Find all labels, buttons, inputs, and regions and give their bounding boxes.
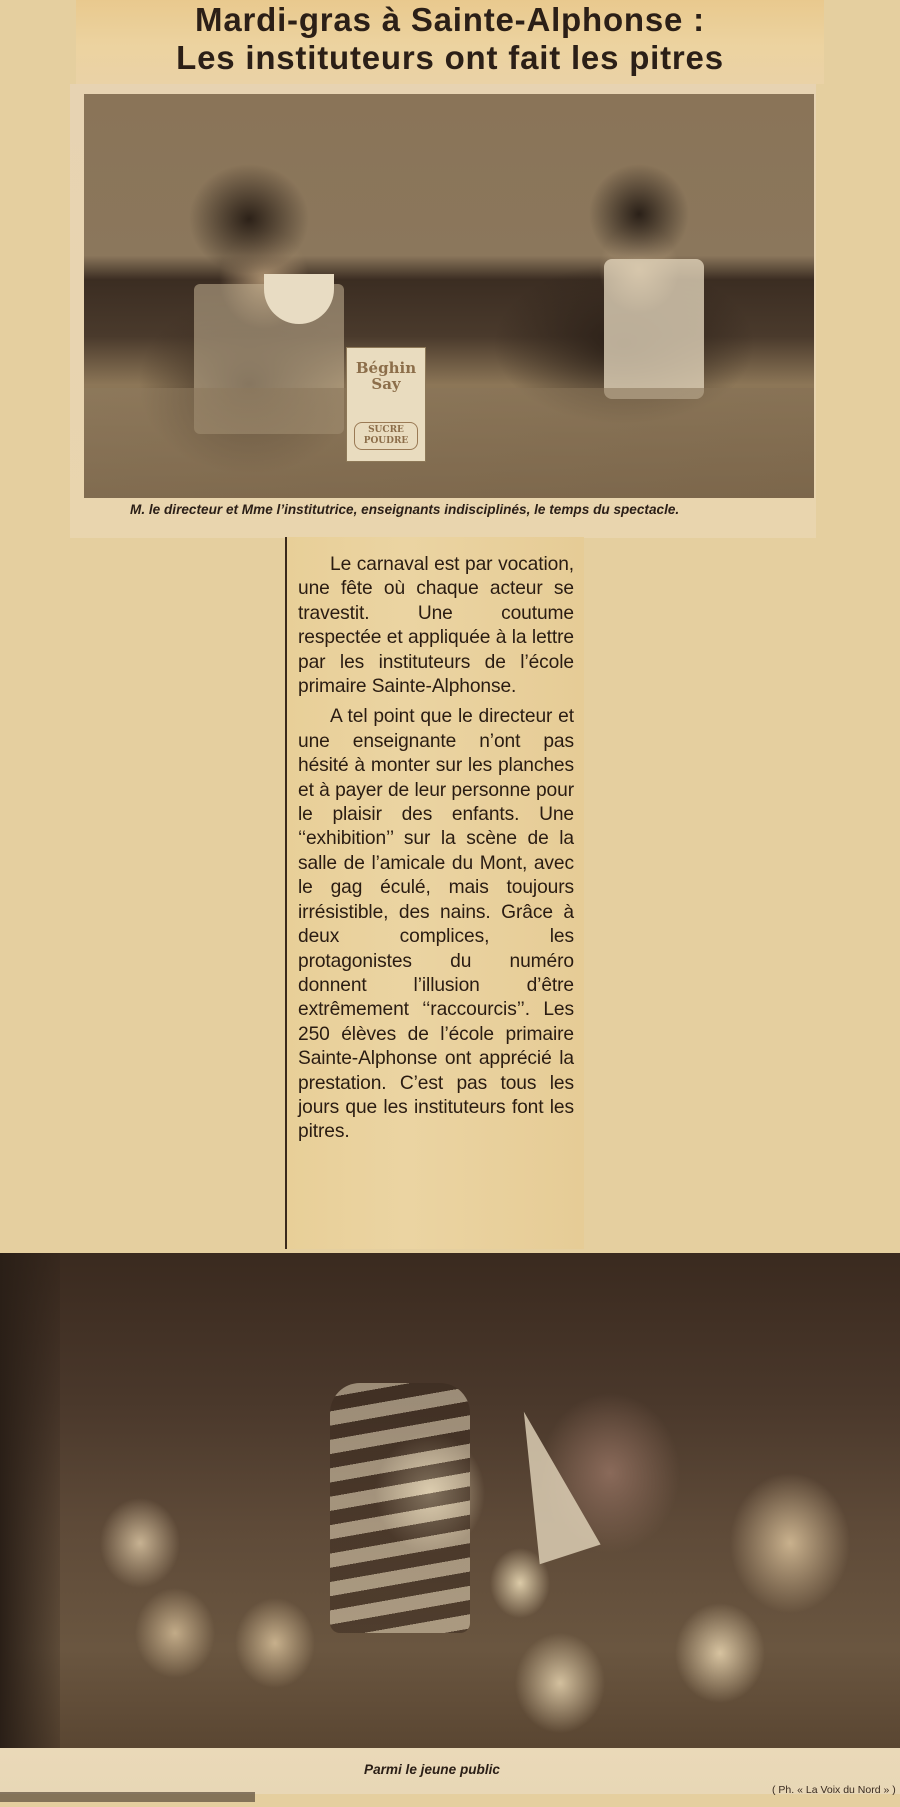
bottom-photo (0, 1253, 900, 1748)
article-body: Le carnaval est par vocation, une fête o… (285, 537, 584, 1249)
photo-credit: ( Ph. « La Voix du Nord » ) (772, 1784, 896, 1796)
top-photo: Béghin Say SUCRE POUDRE (84, 94, 814, 498)
party-hat-shape (493, 1402, 600, 1564)
sugar-box-product: SUCRE POUDRE (354, 422, 418, 450)
headline-line-2: Les instituteurs ont fait les pitres (76, 39, 824, 77)
article-paragraph-1: Le carnaval est par vocation, une fête o… (298, 553, 574, 699)
bib-shape (604, 259, 704, 399)
article-paragraph-2: A tel point que le directeur et une ense… (298, 705, 574, 1144)
photo-edge-shadow (0, 1253, 60, 1748)
sugar-box: Béghin Say SUCRE POUDRE (346, 347, 426, 462)
sugar-box-brand: Béghin Say (347, 360, 425, 392)
table-shape (84, 388, 814, 498)
headline-line-1: Mardi-gras à Sainte-Alphonse : (76, 1, 824, 39)
striped-costume-shape (330, 1383, 470, 1633)
bottom-photo-caption: Parmi le jeune public (364, 1762, 500, 1777)
top-photo-frame: Béghin Say SUCRE POUDRE (70, 84, 816, 538)
headline: Mardi-gras à Sainte-Alphonse : Les insti… (76, 0, 824, 84)
top-photo-caption: M. le directeur et Mme l’institutrice, e… (76, 500, 814, 519)
paper-fold-shadow (0, 1792, 255, 1802)
